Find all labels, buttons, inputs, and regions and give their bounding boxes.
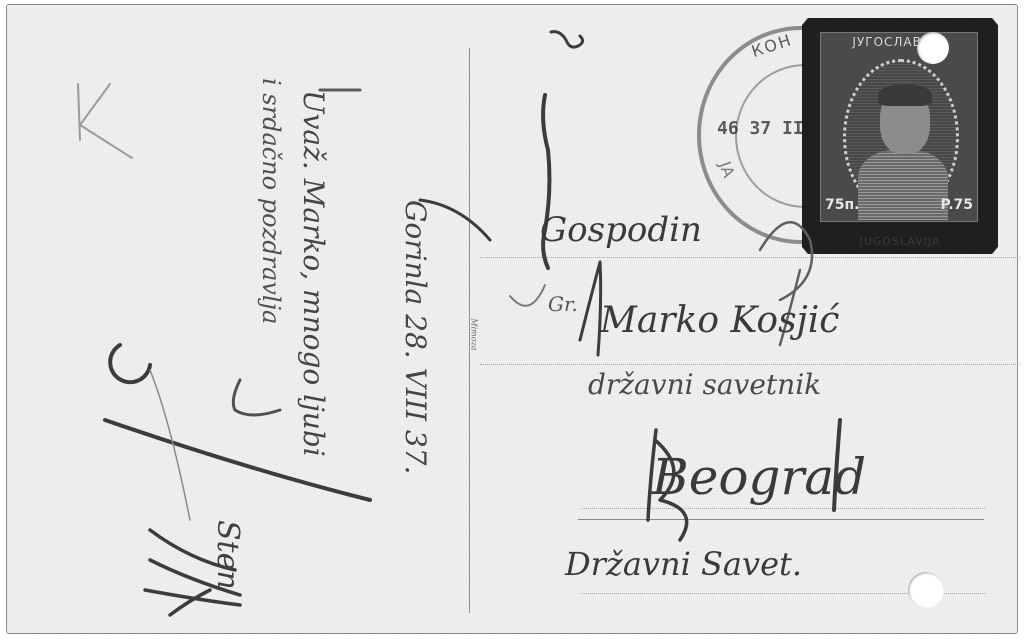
message-line-2: i srdačno pozdravlja — [257, 78, 285, 324]
portrait-uniform — [858, 150, 948, 220]
stamp-country-top: ЈУГОСЛАВИЈА — [821, 35, 977, 49]
address-salutation: Gospodin — [540, 210, 702, 250]
stamp-value-left: 75п. — [825, 197, 859, 213]
punch-hole-bottom — [908, 572, 944, 608]
stamp-value-right: P.75 — [941, 197, 974, 213]
punch-hole-top — [917, 32, 949, 64]
stamp-country-bottom: JUGOSLAVIJA — [802, 235, 998, 248]
address-rule — [578, 519, 984, 520]
address-note: Državni Savet. — [565, 545, 802, 583]
stamp-portrait-frame — [843, 59, 959, 215]
address-city: Beograd — [652, 448, 866, 506]
address-prefix: Gr. — [548, 292, 578, 316]
address-line-1 — [480, 257, 1020, 258]
publisher-imprint: Mimoza — [470, 318, 479, 350]
portrait-hair — [878, 84, 932, 106]
stamp-design: ЈУГОСЛАВИЈА 75п. P.75 — [820, 32, 978, 222]
address-line-3 — [580, 508, 985, 509]
address-name: Marko Kosjić — [600, 300, 839, 341]
place-date: Gorinla 28. VIII 37. — [399, 200, 432, 474]
address-line-2 — [480, 364, 1020, 365]
postmark-date: 46 37 II — [717, 118, 804, 139]
signature: Sten — [210, 520, 245, 590]
postmark-bottom: ЈА — [715, 159, 738, 180]
postage-stamp: ЈУГОСЛАВИЈА 75п. P.75 JUGOSLAVIJA — [802, 18, 998, 254]
address-title: državni savetnik — [588, 368, 821, 401]
message-line-1: Uvaž. Marko, mnogo ljubi — [297, 90, 330, 457]
